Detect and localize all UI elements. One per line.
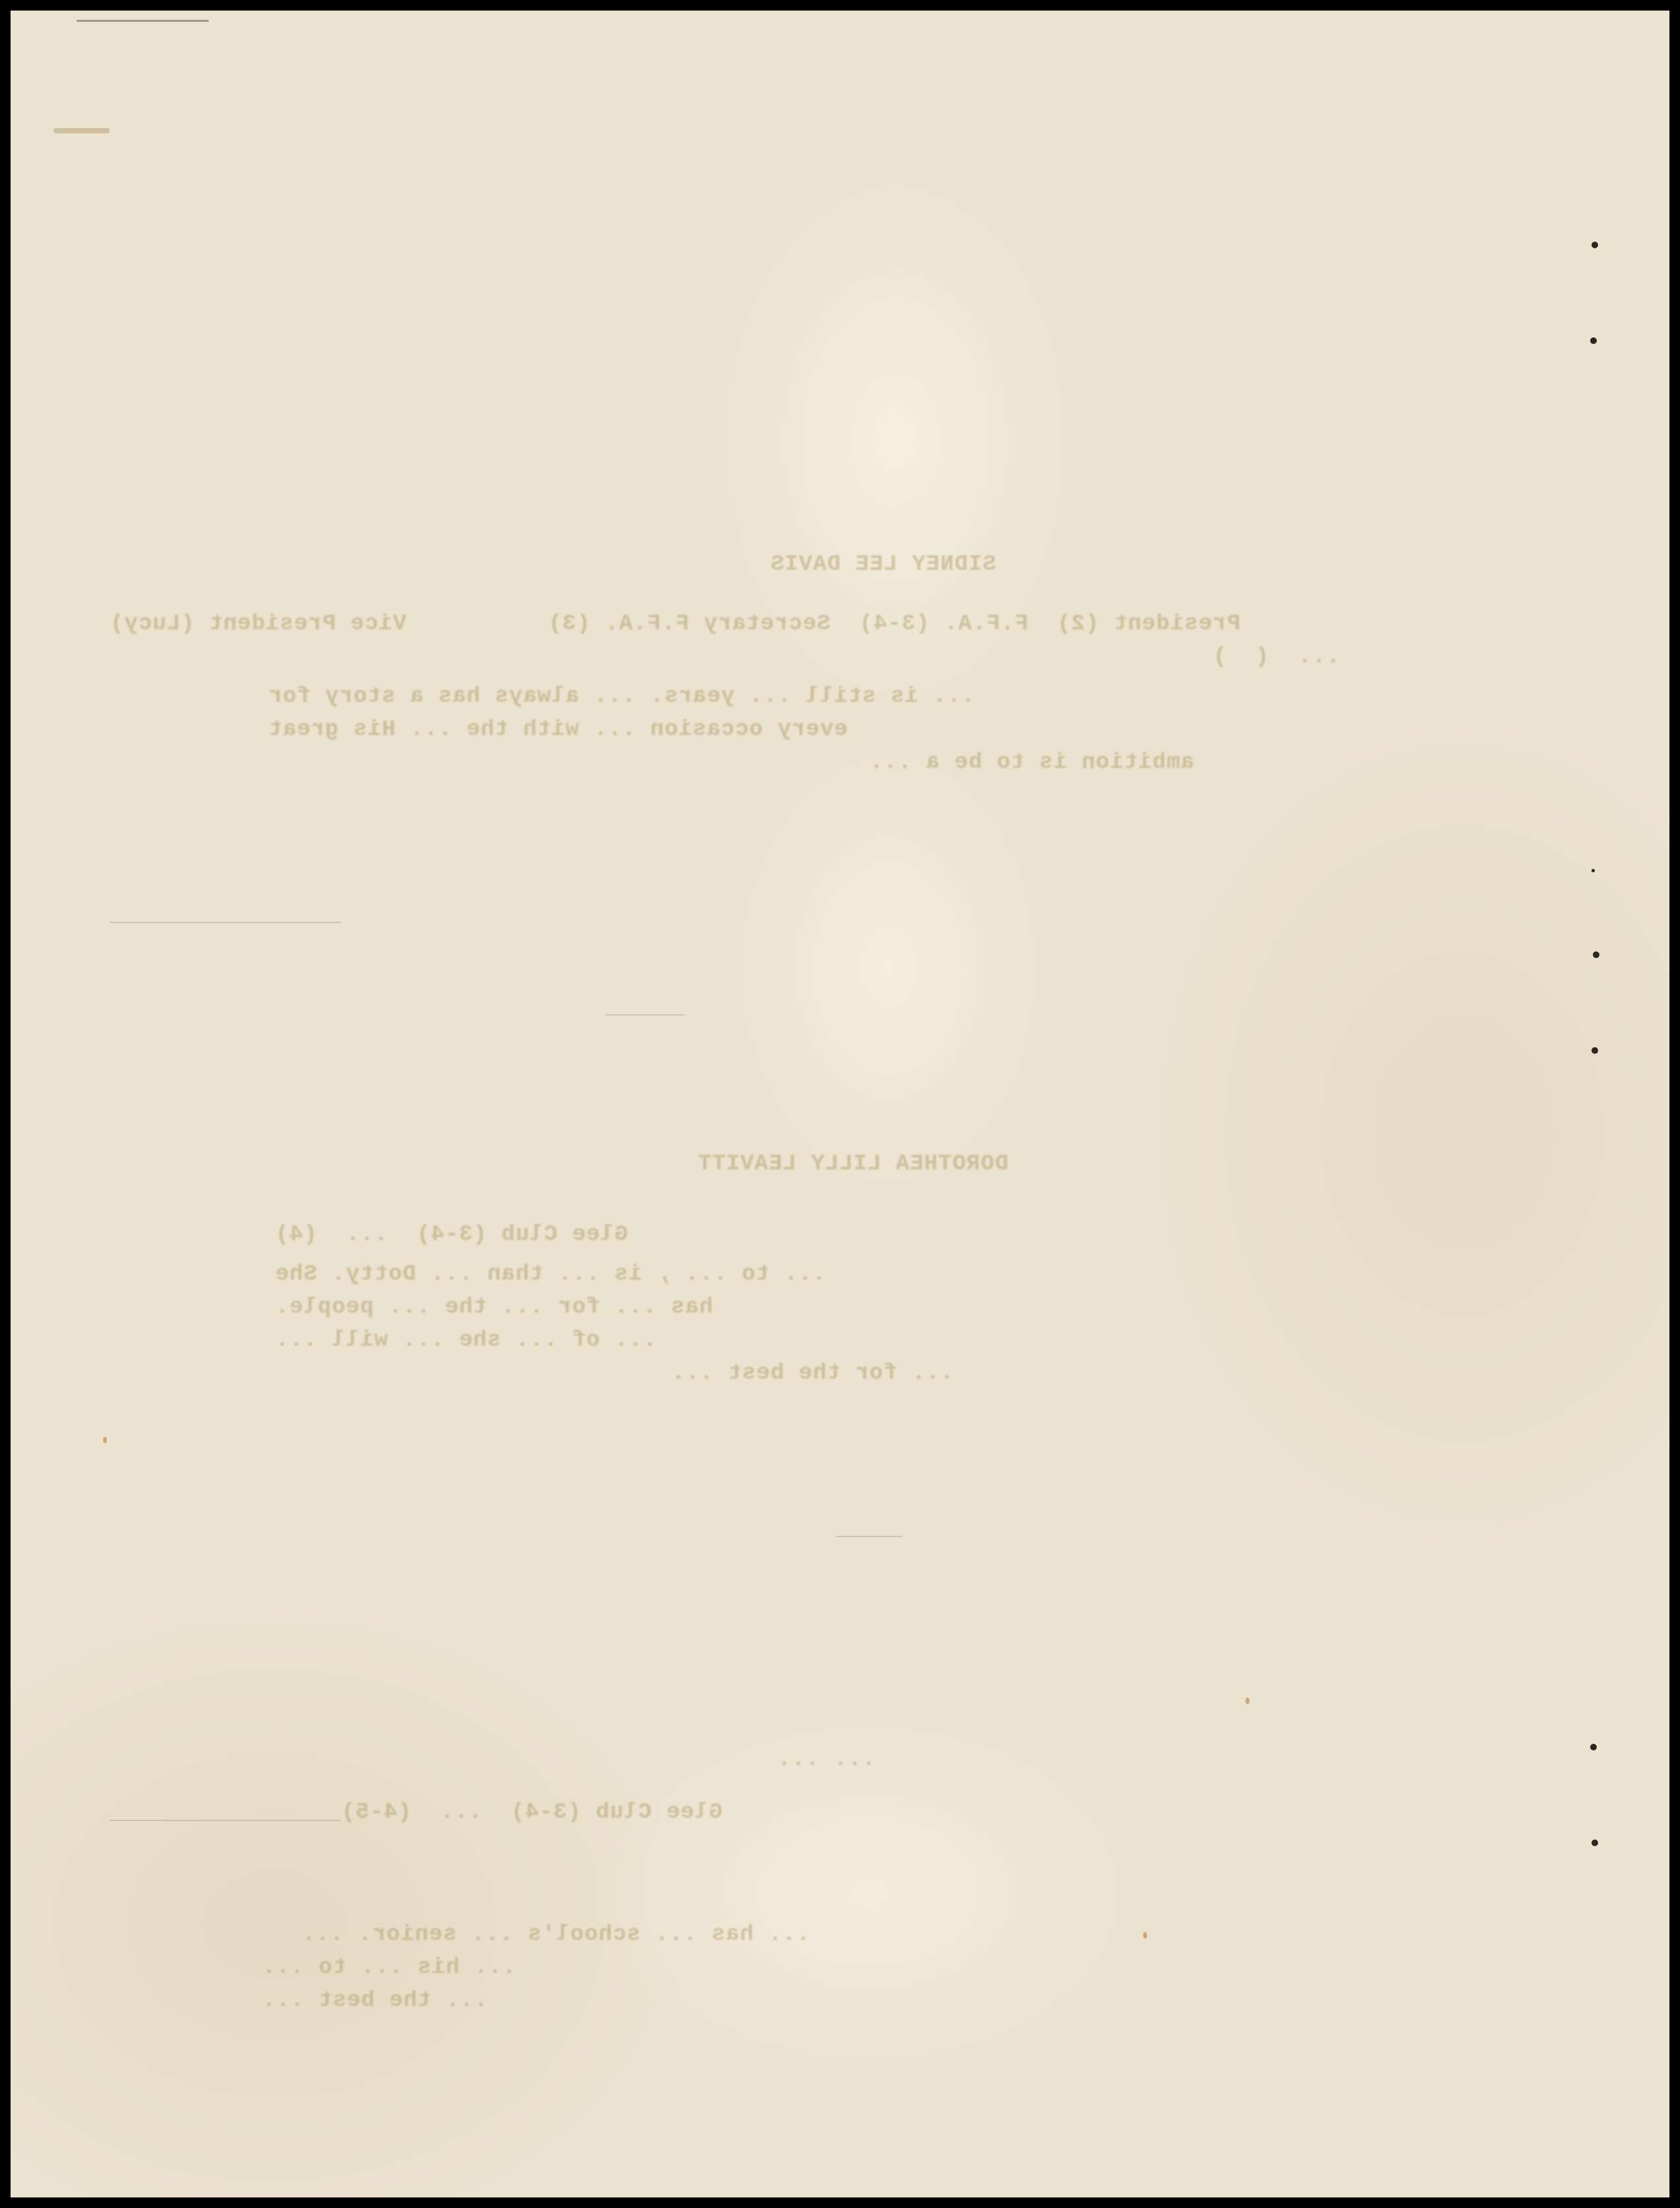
faint-rule xyxy=(110,922,341,923)
faint-rule xyxy=(605,1014,684,1016)
faint-rule xyxy=(836,1536,902,1537)
section-1-line-3: ... is still ... years. ... always has a… xyxy=(268,684,1088,709)
binder-hole xyxy=(1590,1744,1597,1750)
paper-sheet: SIDNEY LEE DAVIS President (2) F.F.A. (3… xyxy=(11,11,1669,2197)
binder-hole xyxy=(1592,1047,1598,1054)
section-1-line-1: President (2) F.F.A. (3-4) Secretary F.F… xyxy=(110,611,1240,637)
section-3-line-4: ... the best ... xyxy=(262,1988,516,2013)
stain-mark xyxy=(53,128,110,133)
section-2-line-4: ... of ... she ... will ... xyxy=(275,1328,685,1353)
section-2-line-5: ... for the best ... xyxy=(671,1361,982,1386)
section-3-line-3: ... his ... to ... xyxy=(262,1955,544,1980)
section-1-line-5: ambition is to be a ... xyxy=(869,750,1222,775)
binder-hole xyxy=(1592,242,1598,248)
section-1-line-2: ... ( ) xyxy=(1212,644,1368,670)
section-2-line-3: has ... for ... the ... people. xyxy=(275,1295,741,1320)
section-2-line-1: Glee Club (3-4) ... (4) xyxy=(275,1222,628,1247)
section-1-heading: SIDNEY LEE DAVIS xyxy=(770,552,996,577)
binder-hole xyxy=(1592,1840,1598,1846)
binder-hole xyxy=(1592,869,1595,872)
top-edge-mark xyxy=(77,20,209,22)
binder-hole xyxy=(1593,951,1599,958)
stain-spot xyxy=(103,1437,107,1443)
section-3-heading: ... ... xyxy=(777,1747,876,1772)
binder-hole xyxy=(1590,337,1597,344)
stain-spot xyxy=(1245,1698,1249,1704)
section-2-heading: DOROTHEA LILLY LEAVITT xyxy=(697,1152,1008,1177)
section-1-line-4: every occasion ... with the ... His grea… xyxy=(268,717,876,742)
section-2-line-2: ... to ... , is ... than ... Dotty. She xyxy=(275,1262,855,1287)
stain-spot xyxy=(1143,1932,1147,1939)
section-3-line-1: Glee Club (3-4) ... (4-5) xyxy=(341,1800,722,1825)
section-3-line-2: ... has ... school's ... senior. ... xyxy=(301,1922,838,1947)
faint-rule xyxy=(110,1820,341,1821)
